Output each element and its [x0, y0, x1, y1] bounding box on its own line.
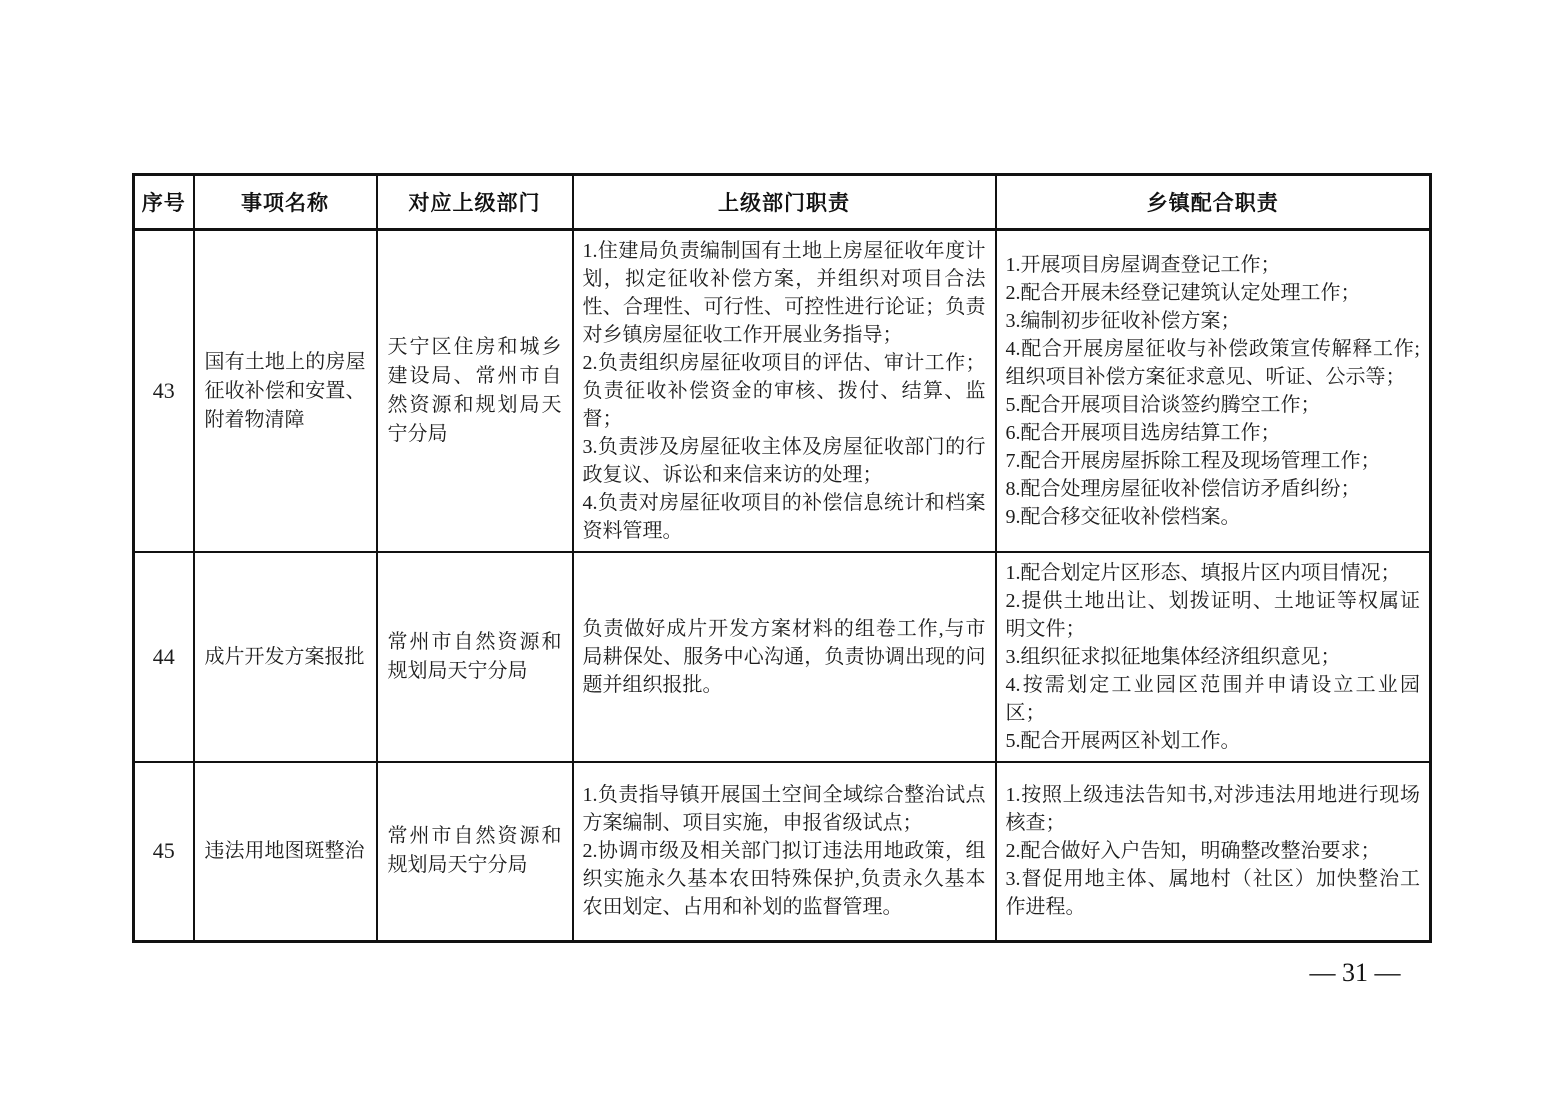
- cell-superior-department: 天宁区住房和城乡建设局、常州市自然资源和规划局天宁分局: [377, 230, 573, 553]
- col-header-item-name: 事项名称: [194, 175, 377, 230]
- cell-serial-number: 44: [134, 552, 194, 762]
- cell-township-duties: 1.配合划定片区形态、填报片区内项目情况； 2.提供土地出让、划拨证明、土地证等…: [996, 552, 1431, 762]
- cell-item-name: 成片开发方案报批: [194, 552, 377, 762]
- duties-table: 序号 事项名称 对应上级部门 上级部门职责 乡镇配合职责 43 国有土地上的房屋…: [132, 173, 1432, 943]
- cell-superior-department: 常州市自然资源和规划局天宁分局: [377, 762, 573, 941]
- page-number: — 31 —: [1300, 958, 1410, 988]
- cell-superior-department: 常州市自然资源和规划局天宁分局: [377, 552, 573, 762]
- table-row: 45 违法用地图斑整治 常州市自然资源和规划局天宁分局 1.负责指导镇开展国土空…: [134, 762, 1431, 941]
- table-header-row: 序号 事项名称 对应上级部门 上级部门职责 乡镇配合职责: [134, 175, 1431, 230]
- cell-township-duties: 1.开展项目房屋调查登记工作； 2.配合开展未经登记建筑认定处理工作； 3.编制…: [996, 230, 1431, 553]
- cell-superior-duties: 1.负责指导镇开展国土空间全域综合整治试点方案编制、项目实施，申报省级试点； 2…: [573, 762, 996, 941]
- cell-serial-number: 45: [134, 762, 194, 941]
- col-header-superior-department: 对应上级部门: [377, 175, 573, 230]
- document-page: 序号 事项名称 对应上级部门 上级部门职责 乡镇配合职责 43 国有土地上的房屋…: [0, 0, 1559, 1102]
- col-header-superior-duties: 上级部门职责: [573, 175, 996, 230]
- table-row: 43 国有土地上的房屋征收补偿和安置、附着物清障 天宁区住房和城乡建设局、常州市…: [134, 230, 1431, 553]
- cell-township-duties: 1.按照上级违法告知书,对涉违法用地进行现场核查； 2.配合做好入户告知，明确整…: [996, 762, 1431, 941]
- col-header-serial: 序号: [134, 175, 194, 230]
- cell-superior-duties: 负责做好成片开发方案材料的组卷工作,与市局耕保处、服务中心沟通，负责协调出现的问…: [573, 552, 996, 762]
- cell-superior-duties: 1.住建局负责编制国有土地上房屋征收年度计划，拟定征收补偿方案，并组织对项目合法…: [573, 230, 996, 553]
- table-row: 44 成片开发方案报批 常州市自然资源和规划局天宁分局 负责做好成片开发方案材料…: [134, 552, 1431, 762]
- cell-item-name: 国有土地上的房屋征收补偿和安置、附着物清障: [194, 230, 377, 553]
- cell-serial-number: 43: [134, 230, 194, 553]
- cell-item-name: 违法用地图斑整治: [194, 762, 377, 941]
- col-header-township-duties: 乡镇配合职责: [996, 175, 1431, 230]
